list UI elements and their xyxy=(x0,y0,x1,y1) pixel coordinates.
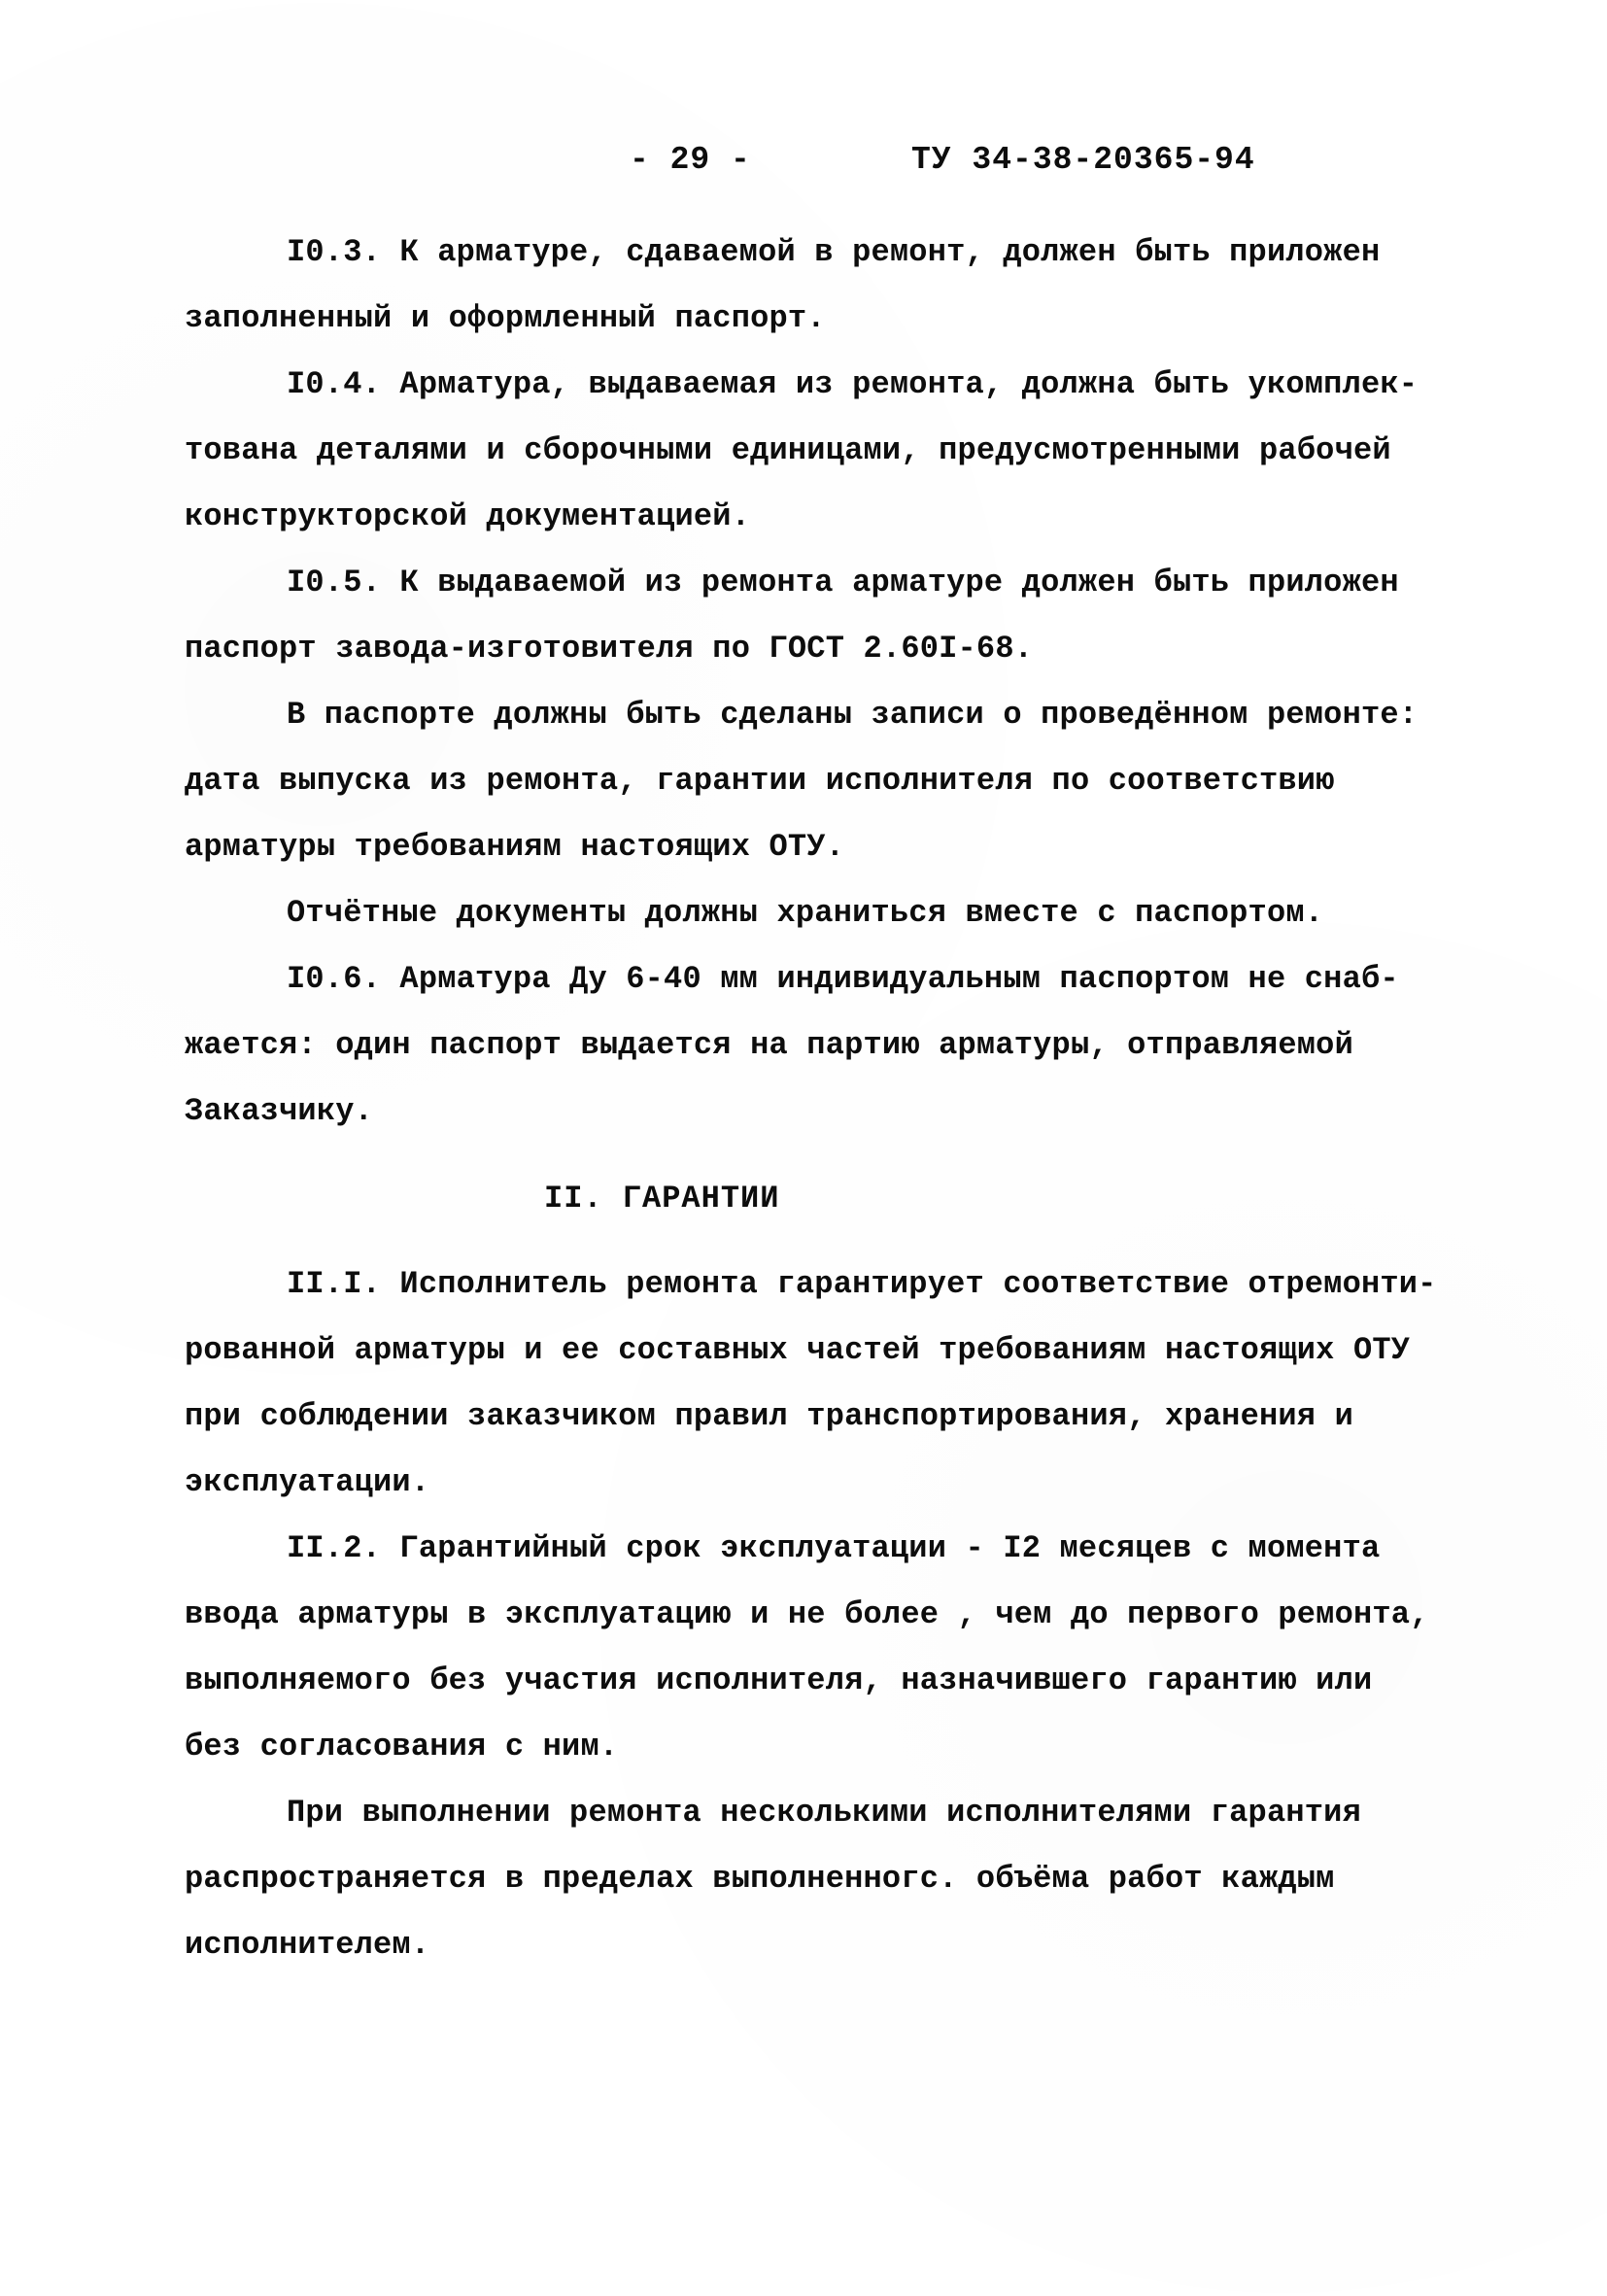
paragraph-10-5: I0.5. К выдаваемой из ремонта арматуре д… xyxy=(185,550,1506,682)
paragraph-10-4: I0.4. Арматура, выдаваемая из ремонта, д… xyxy=(185,352,1506,550)
paragraph-10-6: I0.6. Арматура Ду 6-40 мм индивидуальным… xyxy=(185,946,1506,1145)
paragraph-multiple-contractors: При выполнении ремонта несколькими испол… xyxy=(185,1780,1506,1978)
section-heading-guarantees: II. ГАРАНТИИ xyxy=(544,1166,1506,1232)
paragraph-10-3: I0.3. К арматуре, сдаваемой в ремонт, до… xyxy=(185,220,1506,352)
page-number: - 29 - xyxy=(630,142,751,178)
paragraph-report-documents: Отчётные документы должны храниться вмес… xyxy=(185,880,1506,946)
document-body: I0.3. К арматуре, сдаваемой в ремонт, до… xyxy=(185,220,1506,1978)
scanned-document-page: - 29 - ТУ 34-38-20365-94 I0.3. К арматур… xyxy=(0,0,1607,2296)
paragraph-passport-records: В паспорте должны быть сделаны записи о … xyxy=(185,682,1506,880)
paragraph-11-2: II.2. Гарантийный срок эксплуатации - I2… xyxy=(185,1516,1506,1780)
page-header: - 29 - ТУ 34-38-20365-94 xyxy=(0,142,1607,185)
paragraph-11-1: II.I. Исполнитель ремонта гарантирует со… xyxy=(185,1251,1506,1516)
document-number: ТУ 34-38-20365-94 xyxy=(911,142,1255,178)
